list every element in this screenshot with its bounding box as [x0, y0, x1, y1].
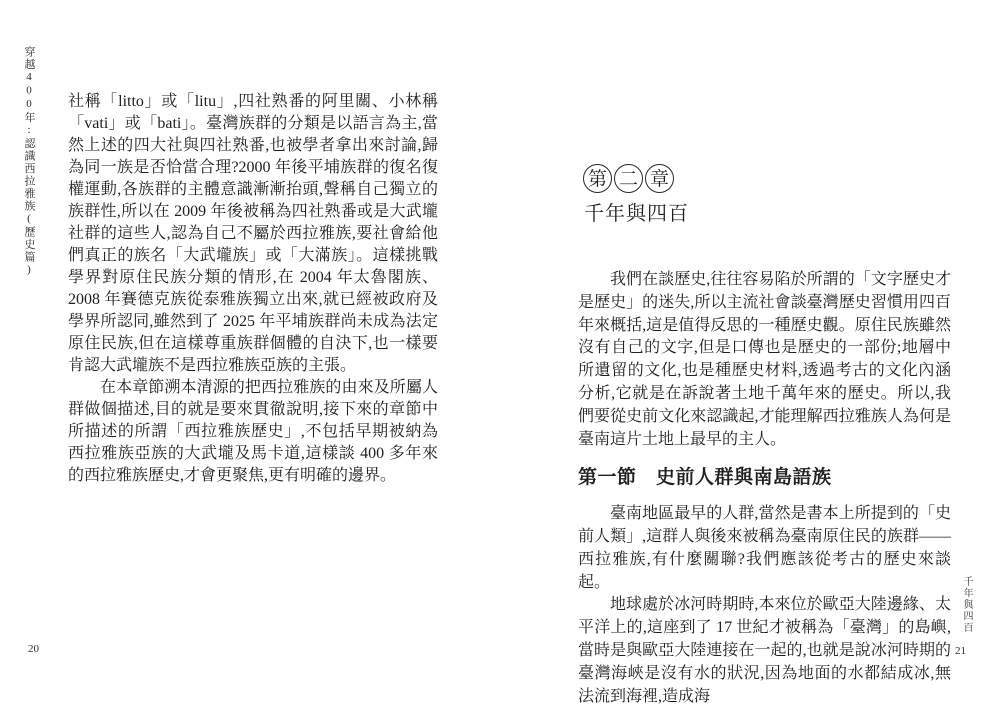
page-number-left: 20 [28, 643, 39, 655]
page-number-right: 21 [955, 645, 966, 657]
paragraph: 我們在談歷史,往往容易陷於所謂的「文字歷史才是歷史」的迷失,所以主流社會談臺灣歷… [578, 269, 951, 451]
paragraph: 臺南地區最早的人群,當然是書本上所提到的「史前人類」,這群人與後來被稱為臺南原住… [578, 503, 951, 594]
section-heading: 第一節 史前人群與南島語族 [578, 467, 951, 490]
chapter-badge-char: 第 [583, 164, 612, 193]
chapter-badge: 第 二 章 [583, 164, 674, 193]
margin-chapter-title: 千年與四百 [959, 576, 974, 634]
chapter-title: 千年與四百 [584, 197, 689, 226]
left-page-body: 社稱「litto」或「litu」,四社熟番的阿里關、小林稱「vati」或「bat… [68, 91, 438, 487]
right-page-body: 我們在談歷史,往往容易陷於所謂的「文字歷史才是歷史」的迷失,所以主流社會談臺灣歷… [578, 269, 951, 708]
paragraph: 地球處於冰河時期時,本來位於歐亞大陸邊緣、太平洋上的,這座到了 17 世紀才被稱… [578, 594, 951, 708]
paragraph: 在本章節溯本清源的把西拉雅族的由來及所屬人群做個描述,目的就是要來貫徹說明,接下… [68, 377, 438, 487]
chapter-badge-char: 章 [645, 164, 674, 193]
spine-book-title: 穿越400年:認識西拉雅族(歷史篇) [21, 46, 37, 277]
book-spread: 穿越400年:認識西拉雅族(歷史篇) 社稱「litto」或「litu」,四社熟番… [0, 0, 1000, 709]
chapter-badge-char: 二 [614, 164, 643, 193]
paragraph-continuation: 社稱「litto」或「litu」,四社熟番的阿里關、小林稱「vati」或「bat… [68, 91, 438, 377]
